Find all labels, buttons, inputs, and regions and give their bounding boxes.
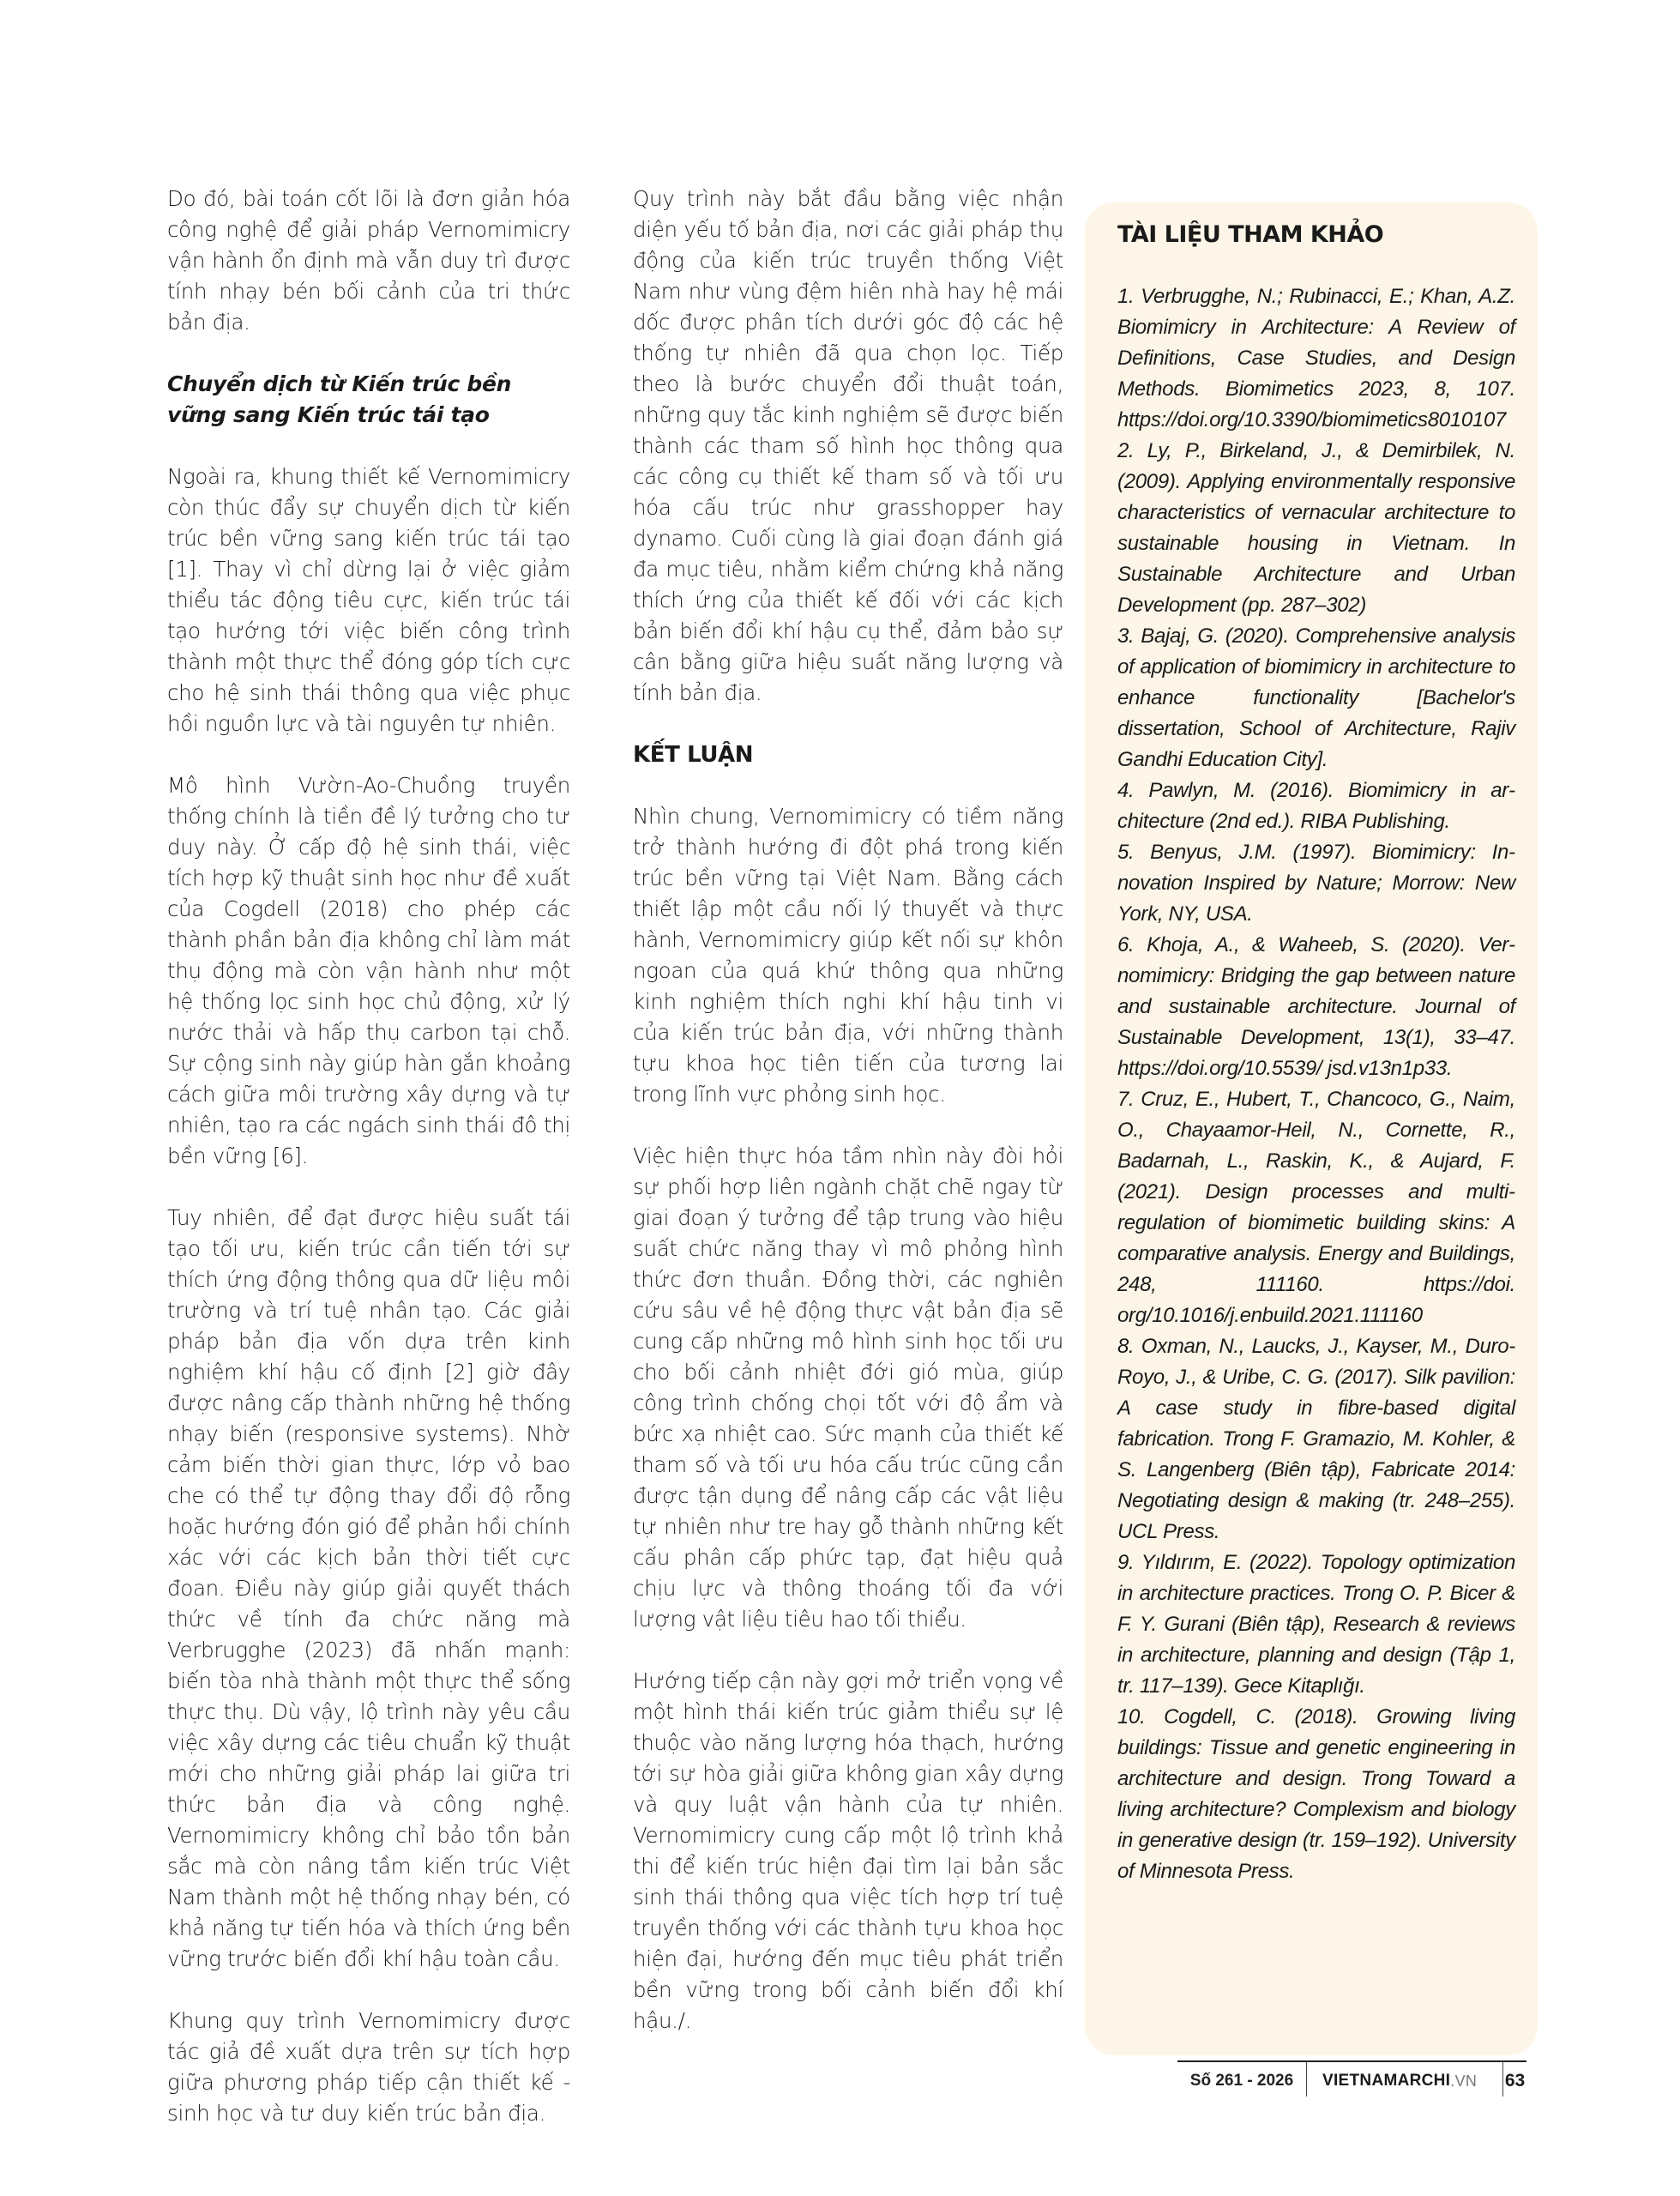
subheading: Chuyển dịch từ Kiến trúc bền vững sang K…: [167, 369, 570, 431]
body-paragraph: Mô hình Vườn-Ao-Chuồng truyền thống chín…: [167, 770, 570, 1172]
body-paragraph: Quy trình này bắt đầu bằng việc nhận diệ…: [633, 184, 1063, 709]
body-paragraph: Việc hiện thực hóa tầm nhìn này đòi hỏi …: [633, 1141, 1063, 1635]
reference-item: 4. Pawlyn, M. (2016). Biomimicry in ar­c…: [1117, 775, 1515, 837]
section-heading-conclusion: KẾT LUẬN: [633, 739, 1063, 770]
body-paragraph: Khung quy trình Vernomimicry được tác gi…: [167, 2006, 570, 2129]
page-footer: Số 261 - 2026 VIETNAMARCHI.VN 63: [1177, 2060, 1526, 2096]
references-box: TÀI LIỆU THAM KHẢO 1. Verbrugghe, N.; Ru…: [1085, 202, 1538, 2055]
body-paragraph: Hướng tiếp cận này gợi mở triển vọng về …: [633, 1666, 1063, 2036]
reference-item: 5. Benyus, J.M. (1997). Biomimicry: In­n…: [1117, 837, 1515, 930]
references-title: TÀI LIỆU THAM KHẢO: [1117, 220, 1515, 250]
body-paragraph: Nhìn chung, Vernomimicry có tiềm năng tr…: [633, 801, 1063, 1110]
reference-item: 9. Yıldırım, E. (2022). Topology optimi­…: [1117, 1547, 1515, 1702]
reference-item: 10. Cogdell, C. (2018). Growing living b…: [1117, 1702, 1515, 1887]
reference-item: 8. Oxman, N., Laucks, J., Kayser, M., Du…: [1117, 1331, 1515, 1547]
body-paragraph: Ngoài ra, khung thiết kế Vernomimicry cò…: [167, 462, 570, 739]
site-name-text: VIETNAMARCHI: [1322, 2072, 1450, 2090]
body-paragraph: Do đó, bài toán cốt lõi là đơn giản hóa …: [167, 184, 570, 338]
left-column: Do đó, bài toán cốt lõi là đơn giản hóa …: [167, 184, 570, 2160]
reference-item: 1. Verbrugghe, N.; Rubinacci, E.; Khan, …: [1117, 281, 1515, 436]
page-number: 63: [1503, 2062, 1526, 2096]
reference-item: 6. Khoja, A., & Waheeb, S. (2020). Ver­n…: [1117, 930, 1515, 1084]
body-paragraph: Tuy nhiên, để đạt được hiệu suất tái tạo…: [167, 1203, 570, 1975]
middle-column: Quy trình này bắt đầu bằng việc nhận diệ…: [633, 184, 1063, 2067]
issue-number: Số 261 - 2026: [1177, 2062, 1307, 2096]
reference-item: 7. Cruz, E., Hubert, T., Chancoco, G., N…: [1117, 1084, 1515, 1331]
reference-item: 2. Ly, P., Birkeland, J., & Demirbilek, …: [1117, 436, 1515, 621]
reference-item: 3. Bajaj, G. (2020). Comprehensive analy…: [1117, 621, 1515, 775]
site-tld: .VN: [1450, 2072, 1477, 2090]
site-name: VIETNAMARCHI.VN: [1307, 2062, 1503, 2096]
